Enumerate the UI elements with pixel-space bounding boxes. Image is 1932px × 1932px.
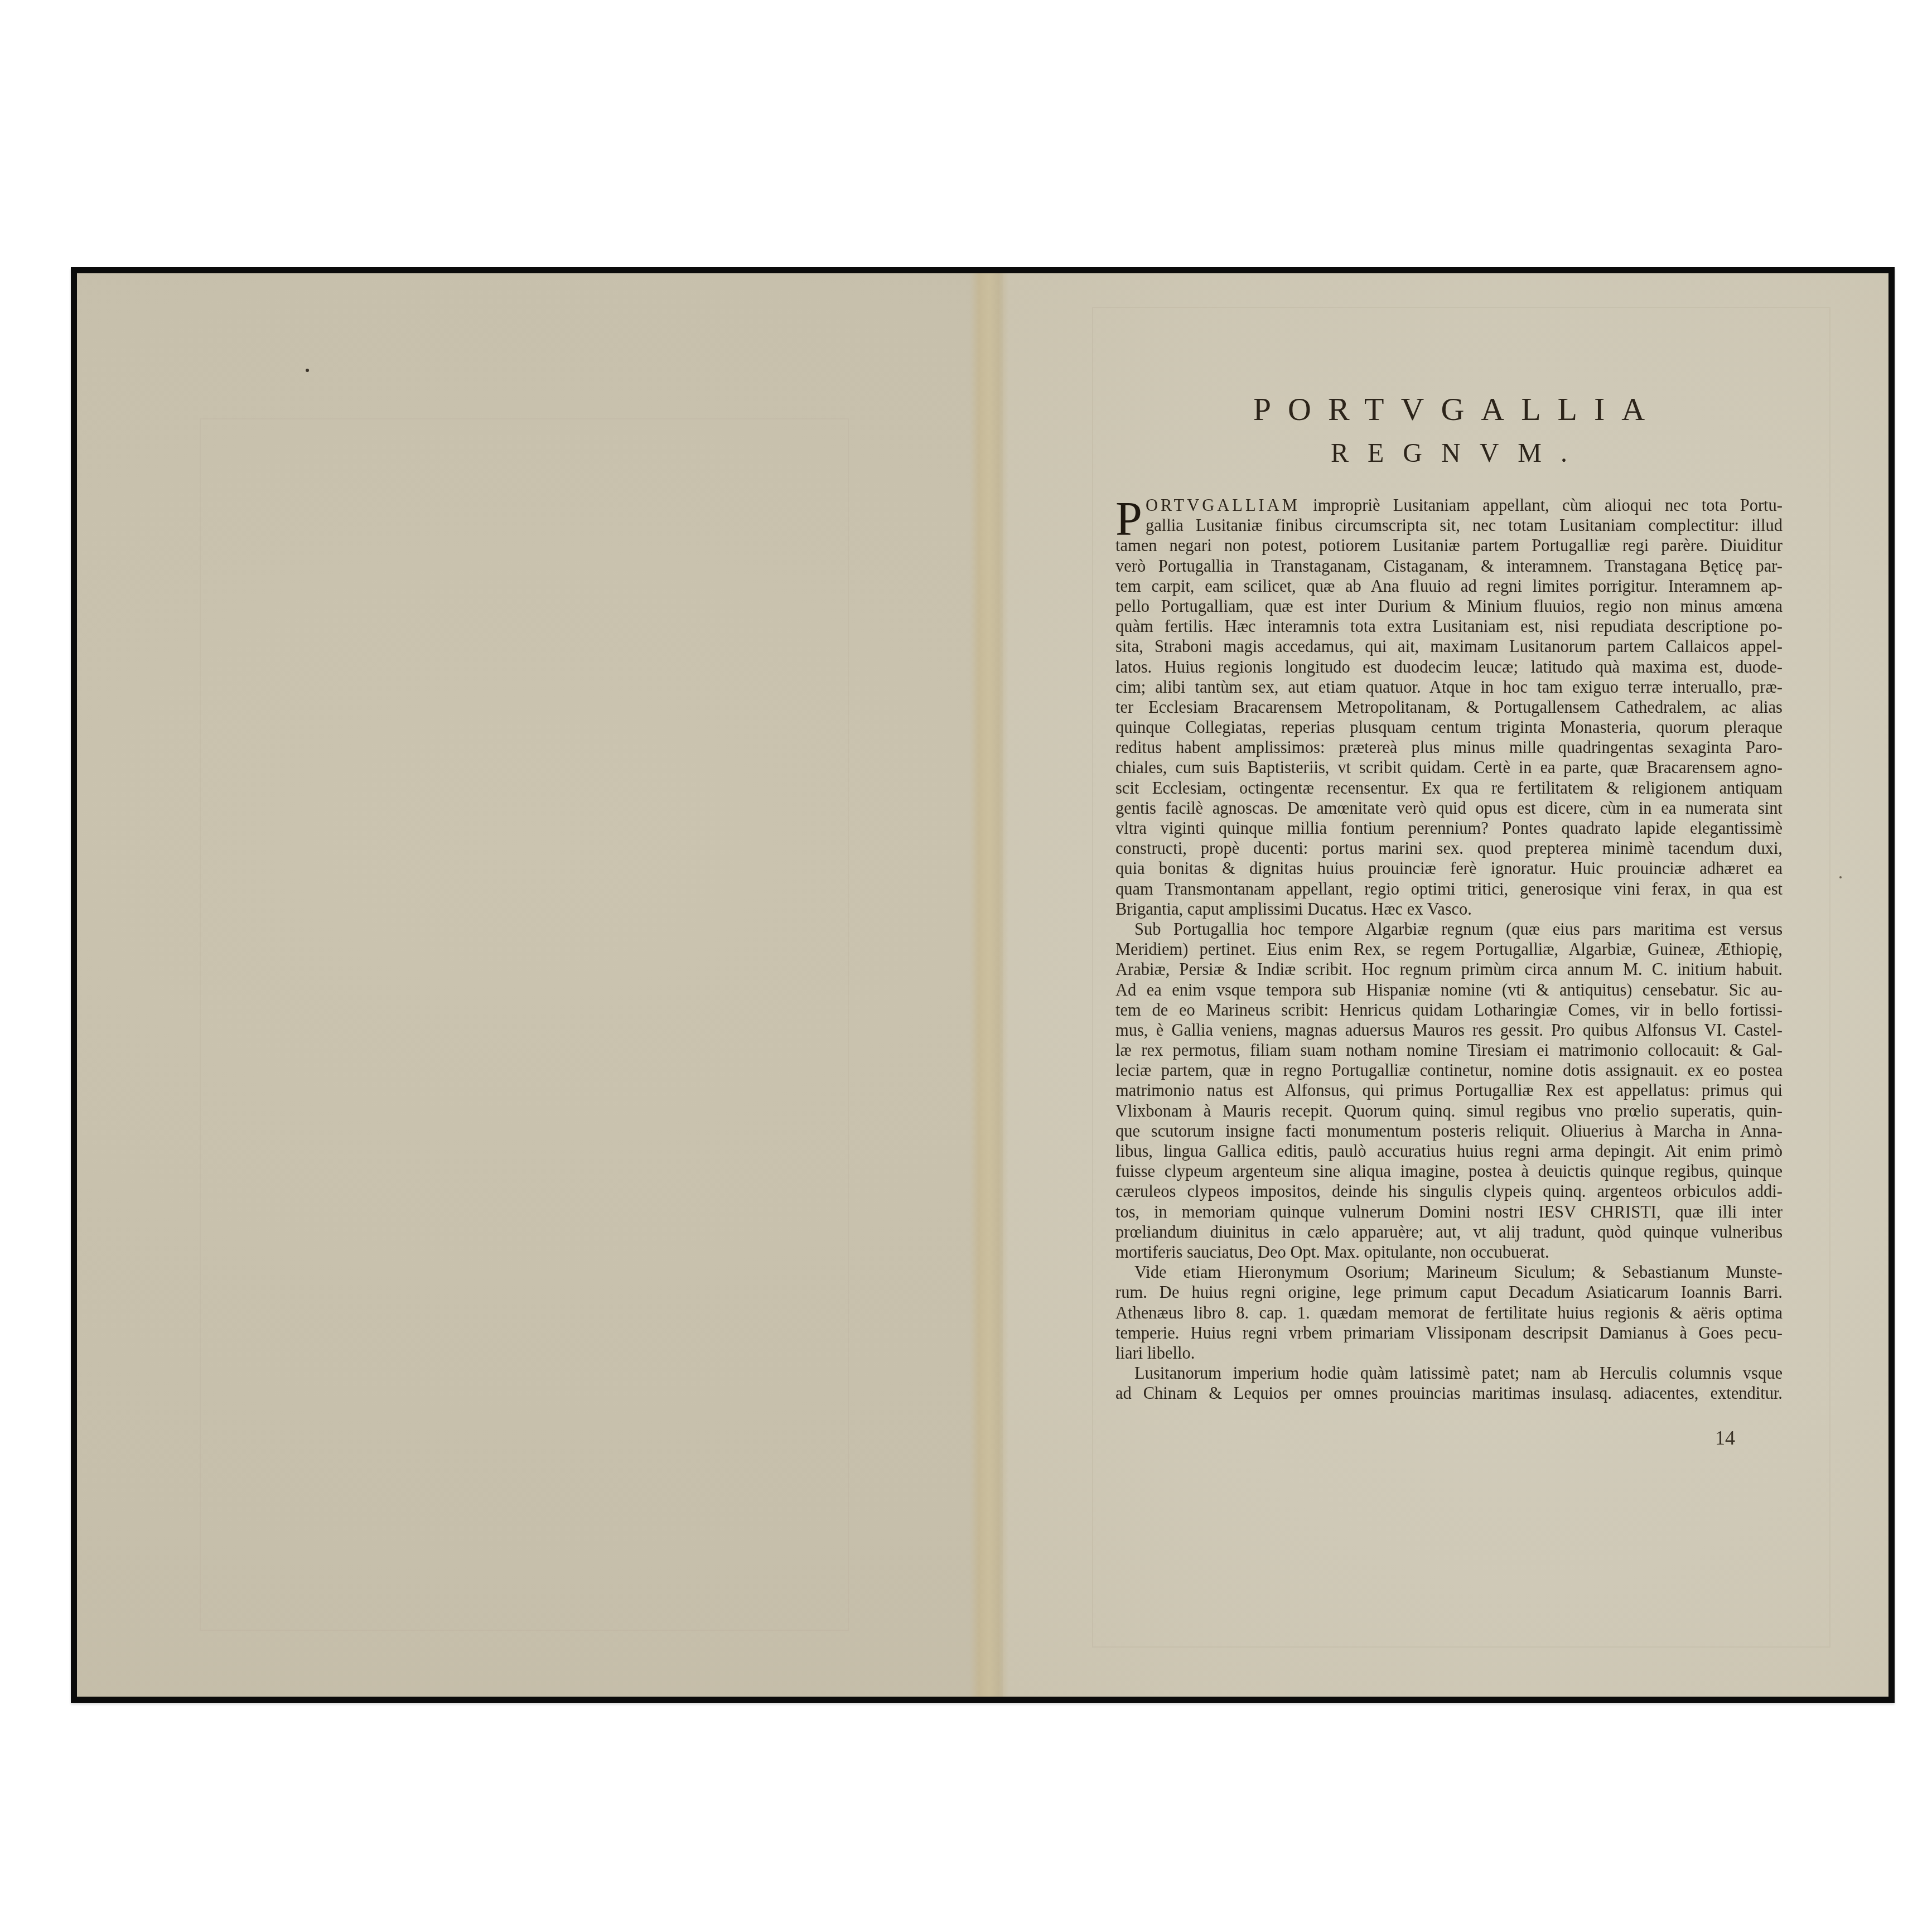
text-line: ORTVGALLIAM impropriè Lusitaniam appella… — [1115, 495, 1783, 515]
text-line: leciæ partem, quæ in regno Portugalliæ c… — [1115, 1060, 1783, 1080]
text-line: gentis facilè agnoscas. De amœnitate ver… — [1115, 798, 1783, 818]
text-line: Lusitanorum imperium hodie quàm latissim… — [1115, 1363, 1783, 1383]
ghost-plate-mark-left — [200, 418, 849, 1631]
text-line: mus, è Gallia veniens, magnas aduersus M… — [1115, 1020, 1783, 1040]
text-line: tem carpit, eam scilicet, quæ ab Ana flu… — [1115, 576, 1783, 596]
text-line: vltra viginti quinque millia fontium per… — [1115, 818, 1783, 838]
text-line: ter Ecclesiam Bracarensem Metropolitanam… — [1115, 697, 1783, 717]
text-line: Vide etiam Hieronymum Osorium; Marineum … — [1115, 1262, 1783, 1282]
page-title: PORTVGALLIA — [1115, 390, 1783, 428]
text-line: quàm fertilis. Hæc interamnis tota extra… — [1115, 616, 1783, 636]
text-line: quinque Collegiatas, reperias plusquam c… — [1115, 717, 1783, 737]
text-line: Ad ea enim vsque tempora sub Hispaniæ no… — [1115, 980, 1783, 1000]
text-line: verò Portugallia in Transtaganam, Cistag… — [1115, 556, 1783, 576]
text-line: gallia Lusitaniæ finibus circumscripta s… — [1115, 515, 1783, 535]
text-line: prœliandum diuinitus in cælo apparuère; … — [1115, 1222, 1783, 1242]
text-line: fuisse clypeum argenteum sine aliqua ima… — [1115, 1161, 1783, 1181]
first-word-smallcaps: ORTVGALLIAM — [1146, 496, 1300, 515]
paper-speck — [306, 369, 309, 372]
text-line: que scutorum insigne facti monumentum po… — [1115, 1121, 1783, 1141]
text-line: constructi, propè ducenti: portus marini… — [1115, 838, 1783, 858]
text-line: tos, in memoriam quinque vulnerum Domini… — [1115, 1202, 1783, 1222]
text-line: pello Portugalliam, quæ est inter Durium… — [1115, 596, 1783, 616]
text-line: Sub Portugallia hoc tempore Algarbiæ reg… — [1115, 919, 1783, 939]
text-line: reditus habent amplissimos: prætereà plu… — [1115, 737, 1783, 757]
text-line: Athenæus libro 8. cap. 1. quædam memorat… — [1115, 1303, 1783, 1323]
text-line: mortiferis sauciatus, Deo Opt. Max. opit… — [1115, 1242, 1783, 1262]
text-line: quia bonitas & dignitas huius prouinciæ … — [1115, 858, 1783, 878]
text-line: sita, Straboni magis accedamus, qui ait,… — [1115, 636, 1783, 656]
text-line: Meridiem) pertinet. Eius enim Rex, se re… — [1115, 939, 1783, 959]
text-line: ad Chinam & Lequios per omnes prouincias… — [1115, 1383, 1783, 1403]
text-line: tem de eo Marineus scribit: Henricus qui… — [1115, 1000, 1783, 1020]
paper-speck — [1839, 876, 1842, 878]
text-line: latos. Huius regionis longitudo est duod… — [1115, 657, 1783, 677]
text-line: rum. De huius regni origine, lege primum… — [1115, 1282, 1783, 1302]
scan-frame: PORTVGALLIA REGNVM. P ORTVGALLIAM improp… — [71, 267, 1895, 1703]
page-subtitle: REGNVM. — [1115, 438, 1783, 468]
center-fold — [969, 273, 1008, 1697]
text-line: tamen negari non potest, potiorem Lusita… — [1115, 535, 1783, 556]
drop-cap: P — [1115, 496, 1142, 541]
text-line: libus, lingua Gallica editis, paulò accu… — [1115, 1141, 1783, 1161]
text-line: læ rex permotus, filiam suam notham nomi… — [1115, 1040, 1783, 1060]
text-line: matrimonio natus est Alfonsus, qui primu… — [1115, 1080, 1783, 1100]
text-line: cim; alibi tantùm sex, aut etiam quatuor… — [1115, 677, 1783, 697]
page-number: 14 — [1715, 1426, 1735, 1450]
text-line: cæruleos clypeos impositos, deinde his s… — [1115, 1181, 1783, 1201]
text-line: chiales, cum suis Baptisteriis, vt scrib… — [1115, 757, 1783, 777]
body-text: P ORTVGALLIAM impropriè Lusitaniam appel… — [1115, 495, 1783, 1403]
text-line: Arabiæ, Persiæ & Indiæ scribit. Hoc regn… — [1115, 959, 1783, 979]
text-line: scit Ecclesiam, octingentæ recensentur. … — [1115, 778, 1783, 798]
text-line: Brigantia, caput amplissimi Ducatus. Hæc… — [1115, 899, 1783, 919]
text-line: liari libello. — [1115, 1343, 1783, 1363]
text-line: temperie. Huius regni vrbem primariam Vl… — [1115, 1323, 1783, 1343]
text-line: quam Transmontanam appellant, regio opti… — [1115, 879, 1783, 899]
text-line: Vlixbonam à Mauris recepit. Quorum quinq… — [1115, 1101, 1783, 1121]
